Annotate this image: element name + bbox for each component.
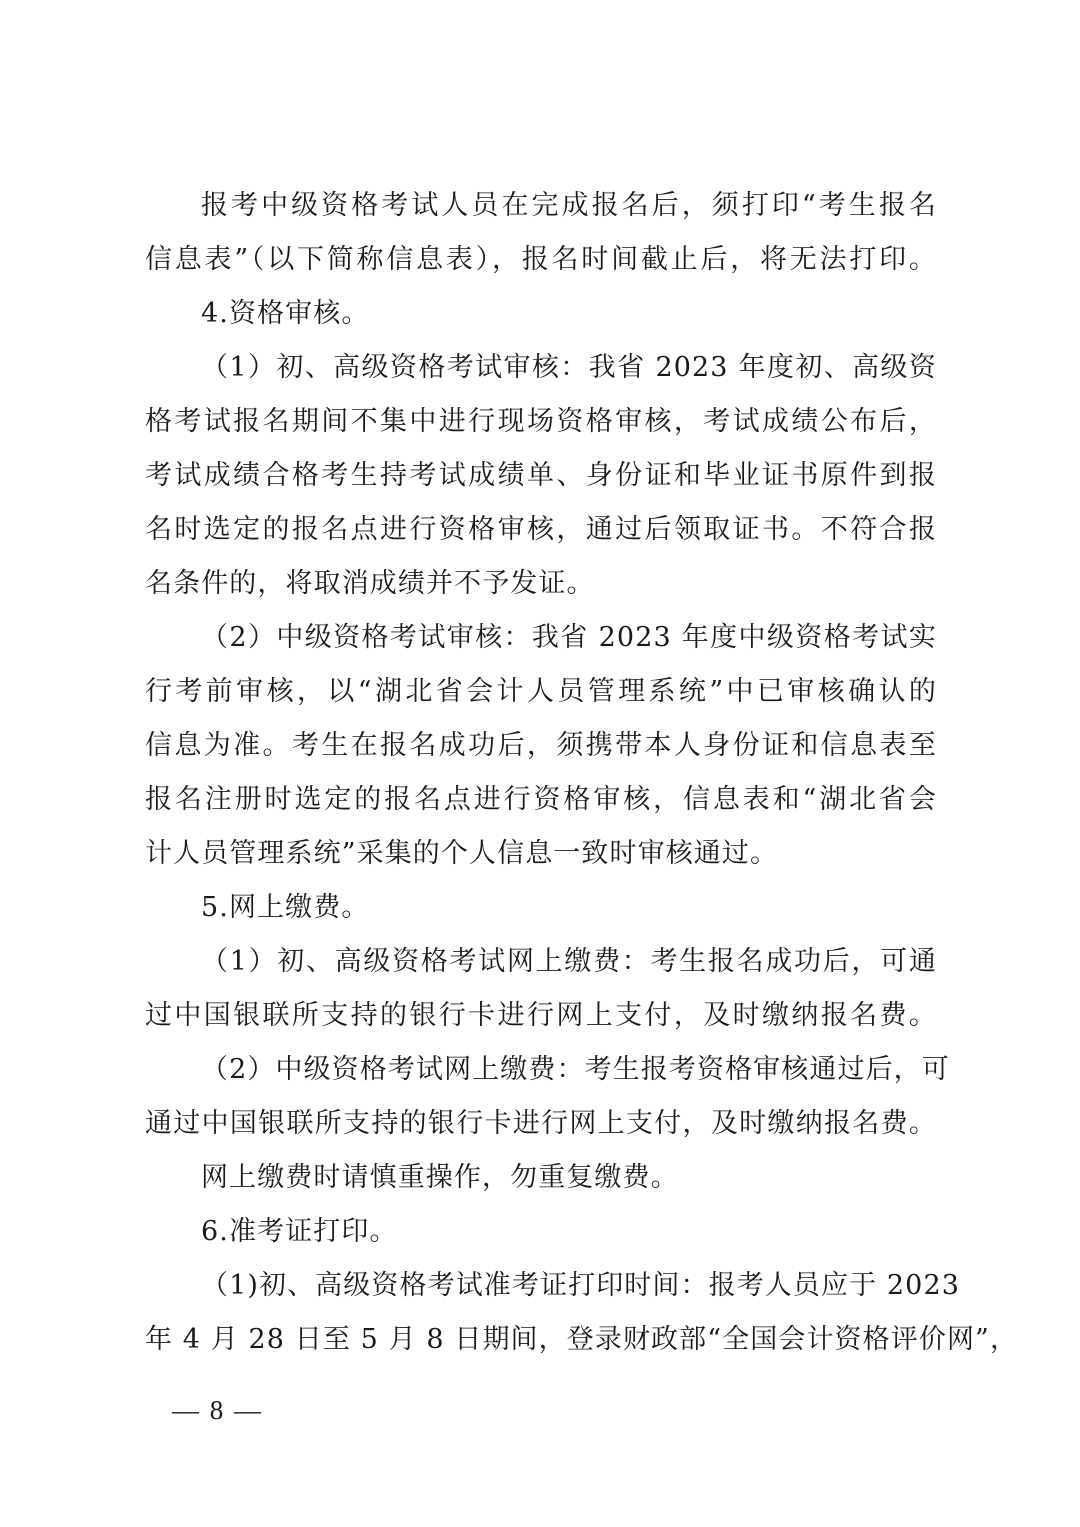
section-heading-5: 5.网上缴费。 bbox=[201, 890, 937, 926]
paragraph-line: （2）中级资格考试网上缴费：考生报考资格审核通过后，可 bbox=[201, 1052, 937, 1088]
paragraph-line: 网上缴费时请慎重操作，勿重复缴费。 bbox=[201, 1160, 937, 1196]
paragraph-line: （1)初、高级资格考试准考证打印时间：报考人员应于 2023 bbox=[201, 1268, 937, 1304]
paragraph-line: 过中国银联所支持的银行卡进行网上支付，及时缴纳报名费。 bbox=[145, 998, 937, 1034]
document-page: 报考中级资格考试人员在完成报名后，须打印“考生报名 信息表”（以下简称信息表），… bbox=[0, 0, 1080, 1527]
paragraph-line: （1）初、高级资格考试网上缴费：考生报名成功后，可通 bbox=[201, 944, 937, 980]
paragraph-line: 信息为准。考生在报名成功后，须携带本人身份证和信息表至 bbox=[145, 728, 937, 764]
paragraph-line: 格考试报名期间不集中进行现场资格审核，考试成绩公布后， bbox=[145, 404, 937, 440]
section-heading-4: 4.资格审核。 bbox=[201, 296, 937, 332]
paragraph-line: 年 4 月 28 日至 5 月 8 日期间，登录财政部“全国会计资格评价网”， bbox=[145, 1322, 937, 1358]
paragraph-line: 信息表”（以下简称信息表），报名时间截止后，将无法打印。 bbox=[145, 242, 937, 278]
paragraph-line: 行考前审核，以“湖北省会计人员管理系统”中已审核确认的 bbox=[145, 674, 937, 710]
paragraph-line: 名条件的，将取消成绩并不予发证。 bbox=[145, 566, 937, 602]
paragraph-line: （2）中级资格考试审核：我省 2023 年度中级资格考试实 bbox=[201, 620, 937, 656]
section-heading-6: 6.准考证打印。 bbox=[201, 1214, 937, 1250]
paragraph-line: 考试成绩合格考生持考试成绩单、身份证和毕业证书原件到报 bbox=[145, 458, 937, 494]
paragraph-line: （1）初、高级资格考试审核：我省 2023 年度初、高级资 bbox=[201, 350, 937, 386]
paragraph-line: 通过中国银联所支持的银行卡进行网上支付，及时缴纳报名费。 bbox=[145, 1106, 937, 1142]
paragraph-line: 报考中级资格考试人员在完成报名后，须打印“考生报名 bbox=[201, 188, 937, 224]
paragraph-line: 名时选定的报名点进行资格审核，通过后领取证书。不符合报 bbox=[145, 512, 937, 548]
paragraph-line: 报名注册时选定的报名点进行资格审核，信息表和“湖北省会 bbox=[145, 782, 937, 818]
paragraph-line: 计人员管理系统”采集的个人信息一致时审核通过。 bbox=[145, 836, 937, 872]
page-number: — 8 — bbox=[172, 1392, 263, 1428]
